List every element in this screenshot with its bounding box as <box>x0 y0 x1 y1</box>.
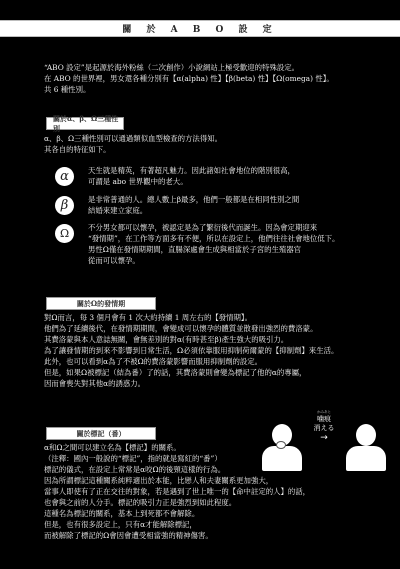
person-with-bite-mark-icon <box>262 424 302 471</box>
section-label-heat: 關於Ω的發情期 <box>46 297 156 310</box>
marking-line: 但是，也有很多設定上，只有α才能解除標記， <box>44 519 310 530</box>
heat-line: 其費洛蒙與本人意誌無關，會無差別的對α(有時甚至β)產生強大的吸引力。 <box>44 334 338 345</box>
gender-beta: β 是非常普通的人。總人數上β最多，他們一般都是在相同性別之間 結婚來建立家庭。 <box>55 194 299 216</box>
omega-description-line: 男性Ω僅在發情期期間，直腸深處會生成與相當於子宮的生殖器官 <box>88 244 339 255</box>
gender-omega: Ω 不分男女都可以懷孕，被認定是為了繁衍後代而誕生。因為會定期迎來 “發情期”，… <box>55 222 339 266</box>
caption-line-2: 消える <box>303 424 345 433</box>
caption-line-1: 噛痕 <box>303 415 345 424</box>
illustration-caption: かみあと 噛痕 消える → <box>303 410 345 443</box>
intro-line: 在 ABO 的世界裡，男女還各種分別有【α(alpha) 性】【β(beta) … <box>44 73 334 84</box>
page-title: 關 於 A B O 設 定 <box>122 22 277 35</box>
alpha-icon: α <box>55 167 74 186</box>
alpha-description-line: 可謂是 abo 世界觀中的老大。 <box>88 176 295 187</box>
person-icon <box>346 424 386 471</box>
beta-icon: β <box>55 196 74 215</box>
intro-line: 共 6 種性別。 <box>44 84 334 95</box>
gender-alpha: α 天生就是精英，有著超凡魅力。因此諸如社會地位的階別很高， 可謂是 abo 世… <box>55 165 295 187</box>
section-label-marking: 關於標記（番） <box>46 427 156 440</box>
body-shape <box>262 446 302 471</box>
marking-line: 這種名為標記的關系，基本上到死都不會解除。 <box>44 508 310 519</box>
intro-paragraph: “ABO 設定”是起源於海外粉絲（二次創作）小說網站上極受歡迎的特殊設定。 在 … <box>44 62 334 95</box>
beta-description: 是非常普通的人。總人數上β最多，他們一般都是在相同性別之間 結婚來建立家庭。 <box>88 194 299 216</box>
heat-line: 為了讓發情期的到來不影響到日常生活，Ω必須依靠服用抑制荷爾蒙的【抑制劑】來生活。 <box>44 345 338 356</box>
genders-intro-line: 其各自的特征如下。 <box>44 144 222 155</box>
omega-description-line: 從而可以懷孕。 <box>88 255 339 266</box>
marking-line: 因為所謂標記這種關系純粹適出於本能，比戀人和夫妻關系更加強大， <box>44 475 310 486</box>
alpha-description-line: 天生就是精英，有著超凡魅力。因此諸如社會地位的階別很高， <box>88 165 295 176</box>
head-shape <box>356 424 376 446</box>
marking-line: 也會與之前的人分手。標記的吸引力正是強烈到如此程度。 <box>44 497 310 508</box>
title-banner: 關 於 A B O 設 定 <box>0 20 400 37</box>
beta-description-line: 結婚來建立家庭。 <box>88 205 299 216</box>
section-label-genders: 關於α、β、Ω三種性別 <box>46 117 124 130</box>
heat-paragraph: 對Ω而言，每 3 個月會有 1 次大約持續 1 周左右的【發情期】。 他們為了延… <box>44 312 338 389</box>
heat-line: 但是，如果Ω被標記（結為番）了的話，其費洛蒙則會變為標記了他的α的專屬， <box>44 367 338 378</box>
heat-line: 因而會喪失對其他α的誘惑力。 <box>44 378 338 389</box>
beta-description-line: 是非常普通的人。總人數上β最多，他們一般都是在相同性別之間 <box>88 194 299 205</box>
heat-line: 對Ω而言，每 3 個月會有 1 次大約持續 1 周左右的【發情期】。 <box>44 312 338 323</box>
marking-line: 而被解除了標記的Ω會因會遭受相當強的精神傷害。 <box>44 530 310 541</box>
body-shape <box>346 446 386 471</box>
omega-description-line: “發情期”，在工作等方面多有不便，所以在設定上，他們往往社會地位低下。 <box>88 233 339 244</box>
heat-line: 此外，也可以看到α為了不被Ω的費洛蒙影響而服用抑制劑的設定。 <box>44 356 338 367</box>
genders-intro-line: α、β、Ω三種性別可以通過類似血型檢查的方法得知。 <box>44 133 222 144</box>
bite-mark-illustration: かみあと 噛痕 消える → <box>262 418 390 473</box>
marking-line: 當事人即使有了正在交往的對象，若是遇到了世上唯一的【命中註定的人】的話， <box>44 486 310 497</box>
omega-description: 不分男女都可以懷孕，被認定是為了繁衍後代而誕生。因為會定期迎來 “發情期”，在工… <box>88 222 339 266</box>
intro-line: “ABO 設定”是起源於海外粉絲（二次創作）小說網站上極受歡迎的特殊設定。 <box>44 62 334 73</box>
arrow-right-icon: → <box>303 433 345 443</box>
heat-line: 他們為了延續後代，在發情期期間，會變成可以懷孕的體質並散發出強烈的費洛蒙。 <box>44 323 338 334</box>
bite-mark-icon <box>276 441 286 449</box>
omega-icon: Ω <box>55 224 74 243</box>
alpha-description: 天生就是精英，有著超凡魅力。因此諸如社會地位的階別很高， 可謂是 abo 世界觀… <box>88 165 295 187</box>
genders-intro: α、β、Ω三種性別可以通過類似血型檢查的方法得知。 其各自的特征如下。 <box>44 133 222 155</box>
omega-description-line: 不分男女都可以懷孕，被認定是為了繁衍後代而誕生。因為會定期迎來 <box>88 222 339 233</box>
